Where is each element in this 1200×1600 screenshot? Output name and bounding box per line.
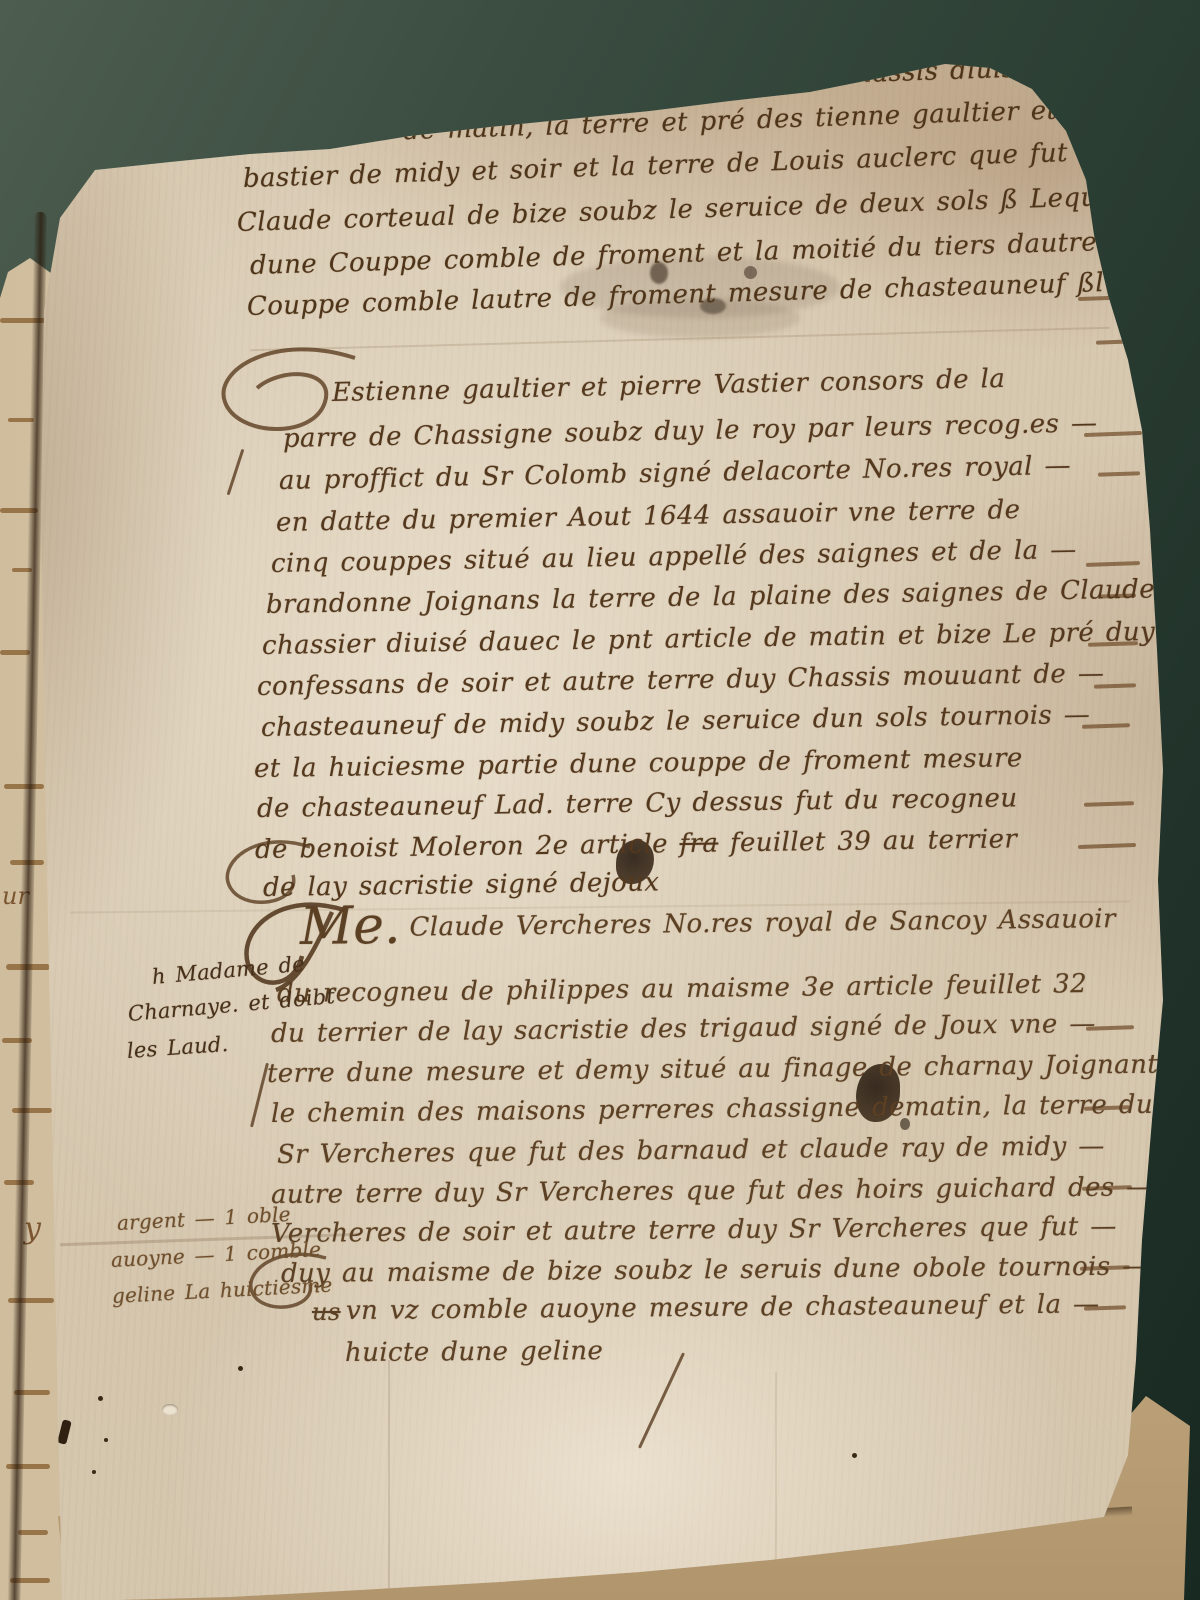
margin-tick — [227, 449, 244, 495]
manuscript-line: cinq couppes situé au lieu appellé des s… — [271, 537, 1077, 578]
line-fragment: Claude Vercheres No.res royal de Sancoy … — [409, 904, 1116, 943]
line-filler-stroke — [1096, 339, 1136, 344]
paper-crease — [388, 1360, 390, 1590]
manuscript-line: du recogneu de philippes au maisme 3e ar… — [277, 971, 1087, 1008]
manuscript-line: Vercheres de soir et autre terre duy Sr … — [271, 1214, 1117, 1249]
wormhole — [852, 1453, 857, 1458]
initial-me: Me. — [300, 896, 401, 957]
manuscript-line: Sr Vercheres que fut des barnaud et clau… — [277, 1133, 1105, 1169]
wormhole — [238, 1366, 243, 1371]
manuscript-line: de chasteauneuf Lad. terre Cy dessus fut… — [257, 785, 1018, 823]
wormhole — [92, 1470, 96, 1474]
binding-mark — [57, 1419, 72, 1444]
manuscript-line: chassier diuisé dauec le pnt article de … — [262, 618, 1194, 660]
line-filler-stroke — [1084, 801, 1134, 807]
manuscript-line: du terrier de lay sacristie des trigaud … — [271, 1011, 1096, 1048]
manuscript-line: parre de Chassigne soubz duy le roy par … — [283, 410, 1098, 453]
paper-crease — [775, 1372, 777, 1572]
line-fragment: feuillet 39 au terrier — [718, 824, 1017, 858]
margin-tick — [250, 1063, 268, 1128]
manuscript-line: chasteauneuf de midy soubz le seruice du… — [261, 702, 1091, 742]
paper-hole — [162, 1404, 178, 1415]
manuscript-line: terre dune mesure et demy situé au finag… — [267, 1052, 1158, 1089]
manuscript-line: au proffict du Sr Colomb signé delacorte… — [279, 453, 1071, 495]
manuscript-line: brandonne Joignans la terre de la plaine… — [266, 576, 1155, 619]
photo-background: ur y — [0, 0, 1200, 1600]
line-filler-stroke — [1086, 561, 1140, 567]
line-filler-stroke — [1098, 471, 1140, 476]
manuscript-line: autre terre duy Sr Vercheres que fut des… — [271, 1174, 1153, 1209]
margin-note-line: argent — 1 oble — [116, 1204, 291, 1234]
manuscript-page: articles que Jouxte la terre de francois… — [0, 0, 1200, 1600]
manuscript-line: de benoist Moleron 2e article fra feuill… — [255, 826, 1018, 864]
margin-note-line: les Laud. — [126, 1033, 229, 1062]
wormhole — [104, 1438, 108, 1442]
manuscript-line: et la huiciesme partie dune couppe de fr… — [254, 745, 1023, 783]
manuscript-line: us — [312, 1300, 341, 1325]
descender-stroke — [638, 1352, 685, 1448]
manuscript-line: Estienne gaultier et pierre Vastier cons… — [332, 366, 1006, 407]
manuscript-line: duy au maisme de bize soubz le seruis du… — [281, 1253, 1149, 1288]
manuscript-line: vn vz comble auoyne mesure de chasteaune… — [346, 1291, 1100, 1325]
manuscript-line: en datte du premier Aout 1644 assauoir v… — [276, 497, 1021, 537]
left-page-ink-stroke — [18, 1530, 48, 1535]
struck-word: us — [312, 1298, 341, 1326]
line-fragment: de benoist Moleron 2e article — [255, 829, 680, 865]
struck-word: fra — [679, 829, 718, 860]
manuscript-line: huicte dune geline — [345, 1338, 603, 1367]
manuscript-line: le chemin des maisons perreres chassigne… — [271, 1092, 1168, 1129]
manuscript-line: Me.Claude Vercheres No.res royal de Sanc… — [300, 906, 1116, 943]
manuscript-line: confessans de soir et autre terre duy Ch… — [257, 661, 1105, 702]
wormhole — [98, 1396, 103, 1401]
line-filler-stroke — [1078, 843, 1136, 849]
